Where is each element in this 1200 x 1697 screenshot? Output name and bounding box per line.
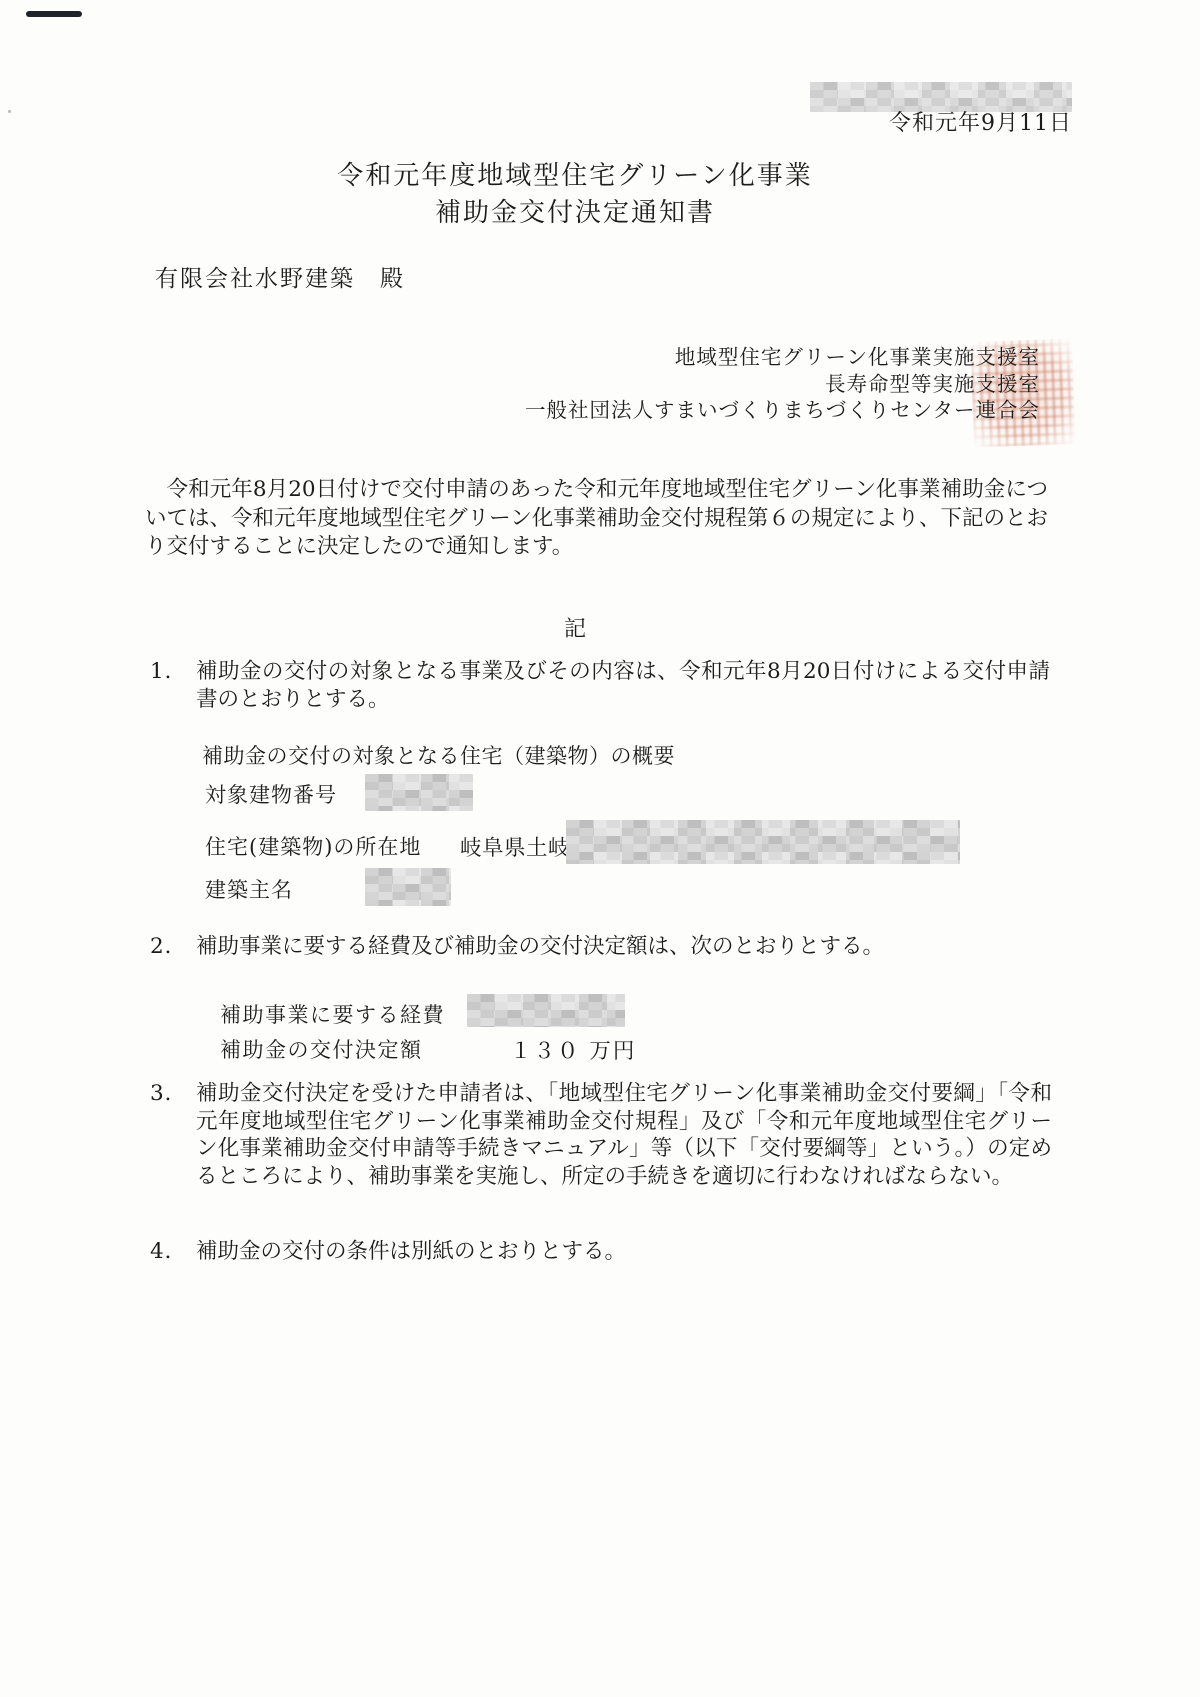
addressee: 有限会社水野建築 殿 bbox=[155, 260, 405, 293]
sender-line-3: 一般社団法人すまいづくりまちづくりセンター連合会 bbox=[525, 397, 1040, 424]
owner-name-label: 建築主名 bbox=[205, 874, 293, 904]
item-1: 1． 補助金の交付の対象となる事業及びその内容は、令和元年8月20日付けによる交… bbox=[150, 658, 1050, 714]
redacted-building-number bbox=[365, 774, 473, 811]
item-4-number: 4． bbox=[150, 1238, 196, 1266]
grant-amount-label: 補助金の交付決定額 bbox=[220, 1034, 423, 1064]
document-title: 令和元年度地域型住宅グリーン化事業 補助金交付決定通知書 bbox=[0, 158, 1150, 232]
document-date: 令和元年9月11日 bbox=[889, 106, 1072, 137]
sender-block: 地域型住宅グリーン化事業実施支援室 長寿命型等実施支援室 一般社団法人すまいづく… bbox=[525, 344, 1040, 424]
building-number-label: 対象建物番号 bbox=[205, 779, 337, 809]
item-3-text: 補助金交付決定を受けた申請者は、「地域型住宅グリーン化事業補助金交付要綱」「令和… bbox=[196, 1080, 1052, 1190]
item-2-text: 補助事業に要する経費及び補助金の交付決定額は、次のとおりとする。 bbox=[196, 933, 1050, 961]
item-1-number: 1． bbox=[150, 658, 196, 714]
redacted-location-detail bbox=[566, 820, 960, 864]
scanned-document-page: 令和元年9月11日 令和元年度地域型住宅グリーン化事業 補助金交付決定通知書 有… bbox=[0, 0, 1200, 1697]
location-label: 住宅(建築物)の所在地 bbox=[205, 831, 421, 861]
redacted-expense-amount bbox=[467, 994, 625, 1027]
record-mark: 記 bbox=[0, 612, 1150, 643]
document-title-line2: 補助金交付決定通知書 bbox=[0, 195, 1150, 232]
redacted-owner-name bbox=[365, 868, 451, 906]
grant-amount-value: １３０ 万円 bbox=[510, 1034, 636, 1065]
item-1-text: 補助金の交付の対象となる事業及びその内容は、令和元年8月20日付けによる交付申請… bbox=[196, 658, 1050, 714]
item-2-number: 2． bbox=[150, 933, 196, 961]
body-paragraph: 令和元年8月20日付けで交付申請のあった令和元年度地域型住宅グリーン化事業補助金… bbox=[145, 476, 1048, 562]
scan-artifact-dot bbox=[8, 110, 11, 113]
item-3: 3． 補助金交付決定を受けた申請者は、「地域型住宅グリーン化事業補助金交付要綱」… bbox=[150, 1080, 1052, 1190]
document-title-line1: 令和元年度地域型住宅グリーン化事業 bbox=[0, 158, 1150, 195]
scan-artifact-bar bbox=[26, 11, 82, 17]
sender-line-2: 長寿命型等実施支援室 bbox=[525, 371, 1040, 398]
item-4-text: 補助金の交付の条件は別紙のとおりとする。 bbox=[196, 1238, 1050, 1266]
sender-line-1: 地域型住宅グリーン化事業実施支援室 bbox=[525, 344, 1040, 371]
item-2: 2． 補助事業に要する経費及び補助金の交付決定額は、次のとおりとする。 bbox=[150, 933, 1050, 961]
overview-heading: 補助金の交付の対象となる住宅（建築物）の概要 bbox=[202, 740, 675, 770]
expense-label: 補助事業に要する経費 bbox=[220, 999, 445, 1029]
item-4: 4． 補助金の交付の条件は別紙のとおりとする。 bbox=[150, 1238, 1050, 1266]
item-3-number: 3． bbox=[150, 1080, 196, 1190]
